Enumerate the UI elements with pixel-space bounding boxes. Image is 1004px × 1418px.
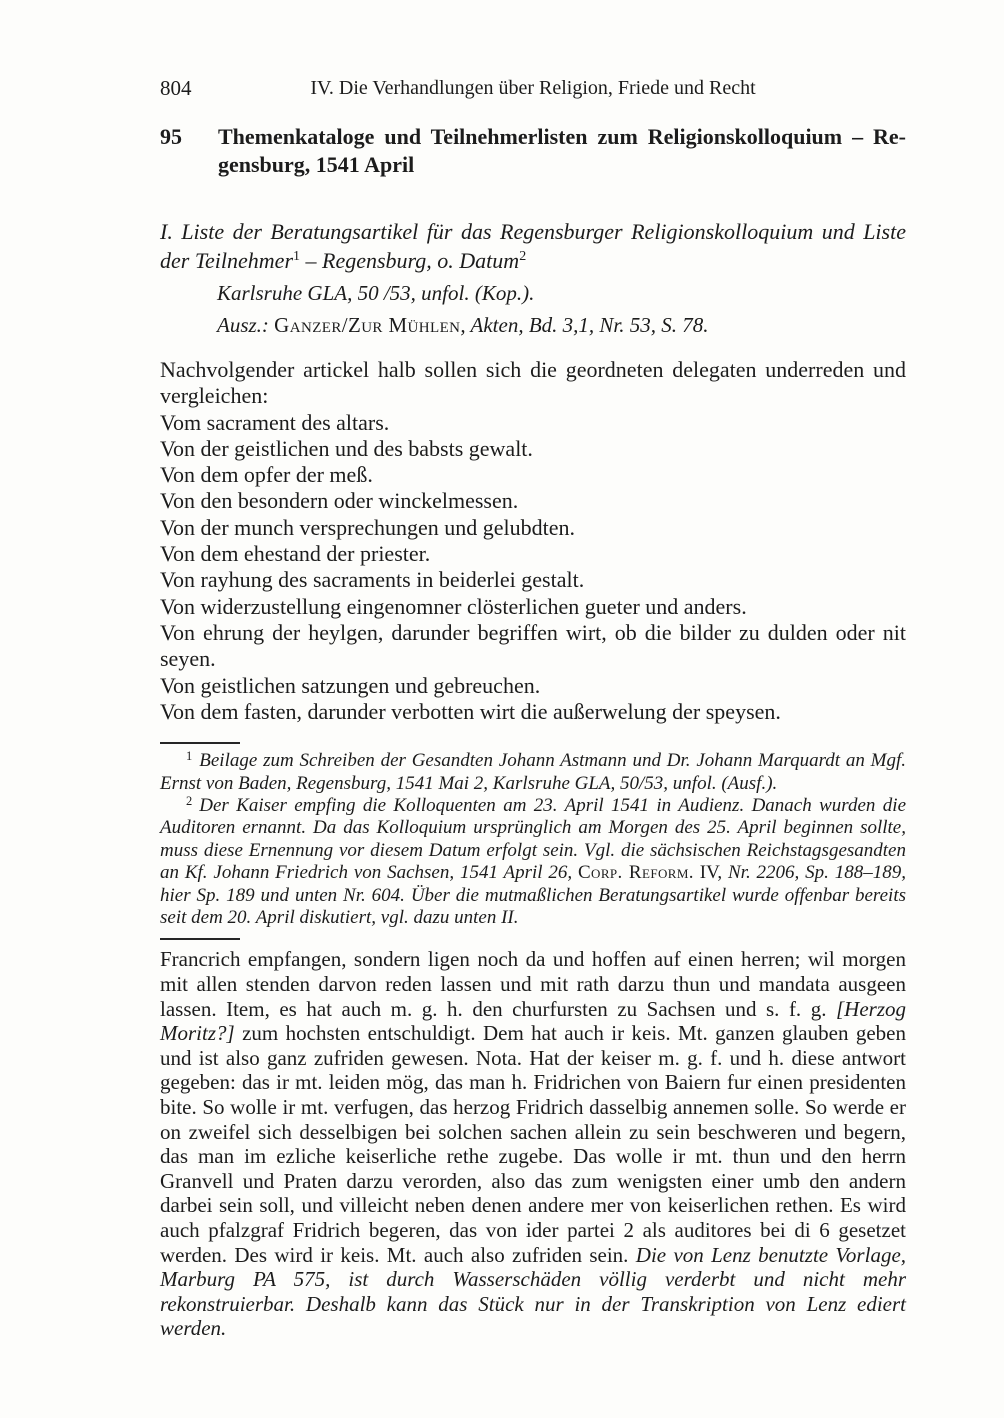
continuation-text-a: Francrich empfangen, sondern ligen noch … (160, 947, 906, 1020)
subheading-text: I. Liste der Beratungsartikel für das Re… (160, 219, 906, 273)
continuation-paragraph: Francrich empfangen, sondern ligen noch … (160, 947, 906, 1341)
footnote-2: 2Der Kaiser empfing die Kolloquenten am … (160, 795, 906, 929)
document-body: Nachvolgender artickel halb sollen sich … (160, 357, 906, 725)
article-line: Von geistlichen satzungen und gebreuchen… (160, 673, 906, 699)
footnote-divider (160, 742, 240, 744)
footnote-1: 1Beilage zum Schreiben der Gesandten Joh… (160, 750, 906, 795)
excerpt-authors: Ganzer/Zur Mühlen (274, 313, 460, 337)
article-line: Von dem opfer der meß. (160, 462, 906, 488)
article-line: Von ehrung der heylgen, darunder begriff… (160, 620, 906, 673)
document-title: Themenkataloge und Teilnehmerlisten zum … (218, 123, 906, 179)
article-line: Von der munch versprechungen und gelubdt… (160, 515, 906, 541)
continuation-text-b: zum hochsten entschuldigt. Dem hat auch … (160, 1021, 906, 1266)
footnote-2-volume: IV, (694, 862, 728, 883)
article-line: Von rayhung des sacraments in beiderlei … (160, 567, 906, 593)
document-title-line-2: gensburg, 1541 April (218, 151, 906, 179)
document-number: 95 (160, 123, 218, 179)
article-line: Vom sacrament des altars. (160, 410, 906, 436)
running-header: IV. Die Verhandlungen über Religion, Fri… (160, 76, 906, 100)
excerpt-citation: , Akten, Bd. 3,1, Nr. 53, S. 78. (460, 313, 708, 337)
page-number: 804 (160, 76, 192, 100)
document-heading: 95 Themenkataloge und Teilnehmerlisten z… (160, 123, 906, 179)
article-line: Von widerzustellung eingenomner clösterl… (160, 594, 906, 620)
text-block: 804 IV. Die Verhandlungen über Religion,… (160, 0, 906, 1341)
excerpt-line: Ausz.: Ganzer/Zur Mühlen, Akten, Bd. 3,1… (160, 314, 906, 336)
article-line: Von der geistlichen und des babsts gewal… (160, 436, 906, 462)
body-intro: Nachvolgender artickel halb sollen sich … (160, 357, 906, 410)
footnote-ref-1: 1 (293, 249, 300, 264)
footnote-2-smallcaps-citation: Corp. Reform. (578, 862, 694, 883)
archive-source-line: Karlsruhe GLA, 50 /53, unfol. (Kop.). (160, 282, 906, 304)
section-subheading: I. Liste der Beratungsartikel für das Re… (160, 217, 906, 275)
footnote-2-number: 2 (186, 794, 192, 808)
page-header: 804 IV. Die Verhandlungen über Religion,… (160, 76, 906, 102)
excerpt-label: Ausz.: (217, 313, 274, 337)
subheading-text-2: – Regensburg, o. Datum (300, 248, 519, 273)
article-list: Vom sacrament des altars.Von der geistli… (160, 410, 906, 726)
footnotes: 1Beilage zum Schreiben der Gesandten Joh… (160, 750, 906, 929)
continuation-divider (160, 938, 240, 940)
footnote-ref-2: 2 (519, 249, 526, 264)
article-line: Von den besondern oder winckelmessen. (160, 488, 906, 514)
article-line: Von dem fasten, darunder verbotten wirt … (160, 699, 906, 725)
footnote-1-number: 1 (186, 749, 192, 763)
book-page: 804 IV. Die Verhandlungen über Religion,… (0, 0, 1004, 1418)
document-title-line-1: Themenkataloge und Teilnehmerlisten zum … (218, 123, 906, 151)
article-line: Von dem ehestand der priester. (160, 541, 906, 567)
footnote-1-text: Beilage zum Schreiben der Gesandten Joha… (160, 750, 906, 793)
